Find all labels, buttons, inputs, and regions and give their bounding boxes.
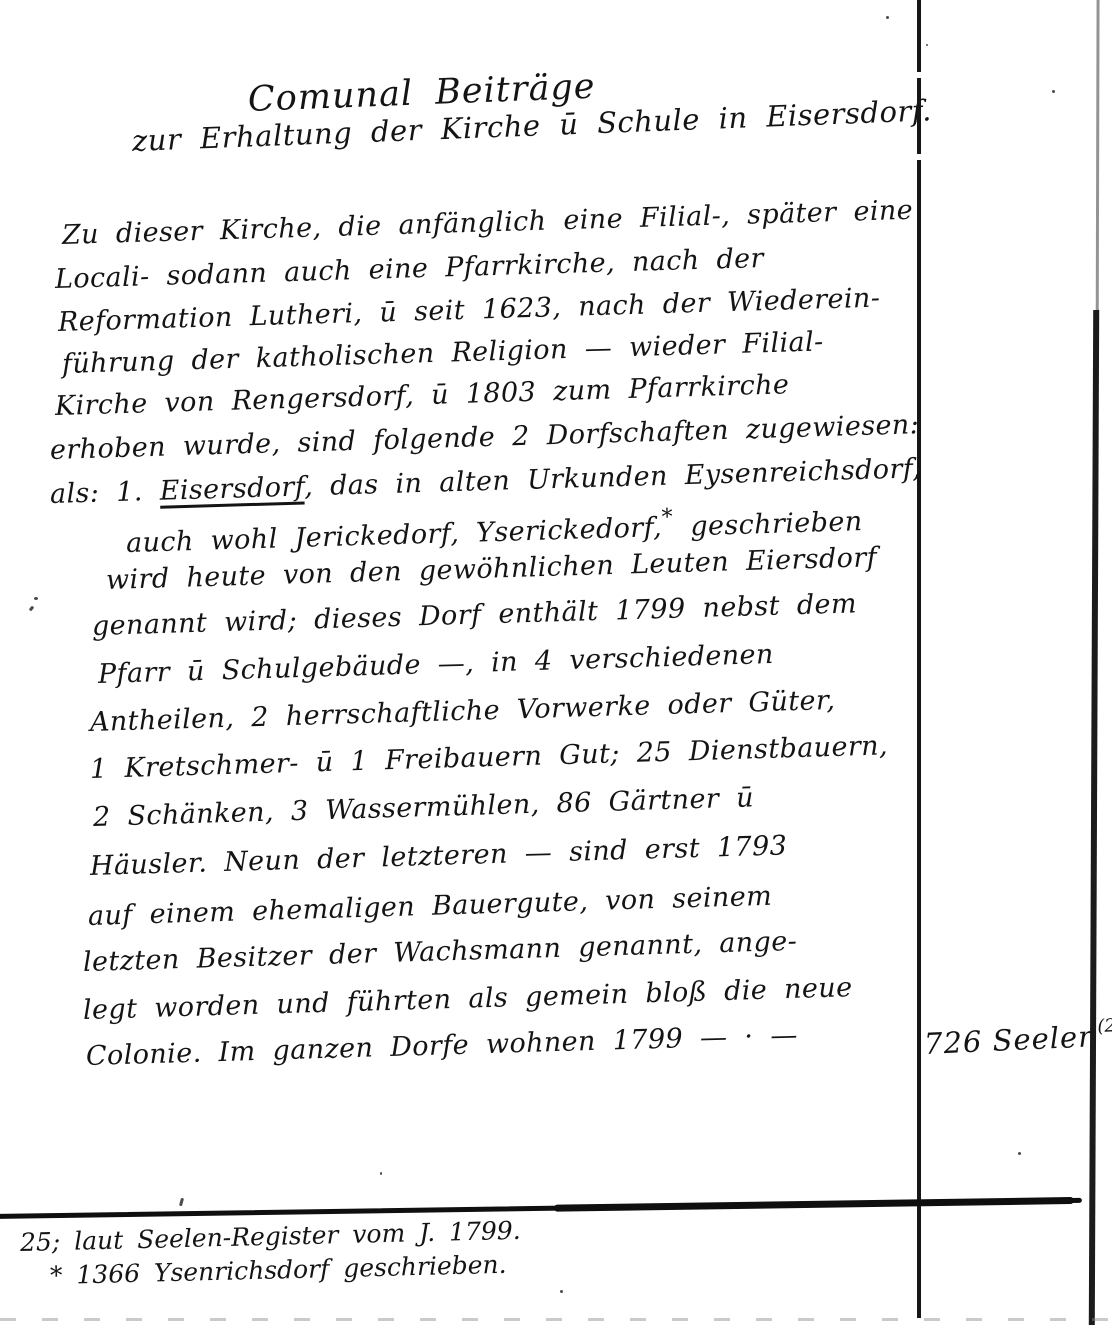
ink-speck <box>380 1172 382 1175</box>
column-rule-segment <box>917 0 921 72</box>
item-number: als: 1. <box>50 476 161 510</box>
place-name-underlined: Eisersdorf <box>159 471 304 506</box>
footnote-ref-25: (25 <box>1097 1015 1112 1037</box>
ink-speck <box>34 597 38 600</box>
ink-speck <box>1052 90 1055 93</box>
line-text: geschrieben <box>673 506 863 543</box>
ink-speck <box>1018 1152 1021 1155</box>
column-rule-segment <box>917 160 921 1318</box>
ink-speck <box>926 44 928 46</box>
ink-speck <box>886 16 889 19</box>
ink-speck <box>560 1290 563 1293</box>
column-rule-segment <box>917 78 921 154</box>
asterisk-footnote-marker: * <box>661 505 673 530</box>
scan-bottom-edge <box>0 1318 1112 1321</box>
scanned-manuscript-page: { "colors": { "ink": "#151413", "paper":… <box>0 0 1112 1325</box>
